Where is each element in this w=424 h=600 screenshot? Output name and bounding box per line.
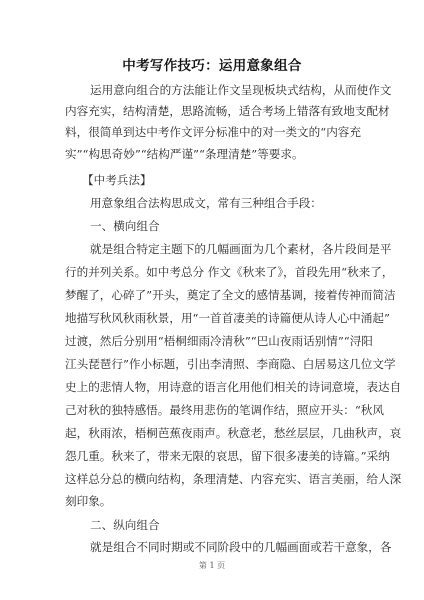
paragraph-line: 实”“构思奇妙”“结构严谨”“条理清楚”等要求。 (65, 147, 361, 161)
paragraph-line: 江头琵琶行”作小标题，引出李清照、李商隐、白居易这几位文学 (65, 357, 361, 371)
document-title: 中考写作技巧：运用意象组合 (0, 54, 424, 74)
paragraph-line: 梦醒了，心碎了”开头，奠定了全文的感情基调，接着传神而简洁 (65, 288, 361, 302)
paragraph-line: 料，很简单到达中考作文评分标准中的对一类文的“内容充 (65, 125, 361, 139)
paragraph-line: 过渡，然后分别用“梧桐细雨冷清秋”“巴山夜雨话别情”“浔阳 (65, 334, 361, 348)
document-page: 中考写作技巧：运用意象组合 运用意向组合的方法能让作文呈现板块式结构，从而使作文… (0, 0, 424, 600)
paragraph-line: 行的并列关系。如中考总分 作文《秋来了》，首段先用“秋来了， (65, 265, 361, 279)
paragraph-line: 就是组合特定主题下的几幅画面为几个素材，各片段间是平 (90, 242, 361, 256)
section-heading-horizontal: 一、横向组合 (90, 219, 160, 233)
section-heading-zhongkao-bingfa: 【中考兵法】 (82, 173, 152, 187)
paragraph-line: 就是组合不同时期或不同阶段中的几幅画面或若干意象，各 (90, 540, 361, 554)
paragraph-line: 用意象组合法构思成文，常有三种组合手段： (90, 196, 322, 210)
paragraph-line: 己对秋的独特感悟。最终用悲伤的笔调作结，照应开头：“秋风 (65, 403, 361, 417)
paragraph-line: 史上的悲情人物，用诗意的语言化用他们相关的诗词意境，表达自 (65, 380, 361, 394)
paragraph-line: 这样总分总的横向结构，条理清楚、内容充实、语言美丽，给人深 (65, 472, 361, 486)
paragraph-line: 怨几重。秋来了，带来无限的哀思，留下很多凄美的诗篇。”采纳 (65, 449, 361, 463)
paragraph-line: 刻印象。 (65, 494, 361, 508)
paragraph-line: 地描写秋风秋雨秋景，用“一首首凄美的诗篇便从诗人心中涌起” (65, 311, 361, 325)
paragraph-line: 起，秋雨浓，梧桐芭蕉夜雨声。秋意老，愁丝层层，几曲秋声，哀 (65, 426, 361, 440)
page-number: 第 1 页 (0, 560, 424, 571)
section-heading-vertical: 二、纵向组合 (90, 518, 160, 532)
paragraph-line: 运用意向组合的方法能让作文呈现板块式结构，从而使作文 (90, 83, 361, 97)
paragraph-line: 内容充实，结构清楚，思路流畅，适合考场上错落有致地支配材 (65, 104, 361, 118)
